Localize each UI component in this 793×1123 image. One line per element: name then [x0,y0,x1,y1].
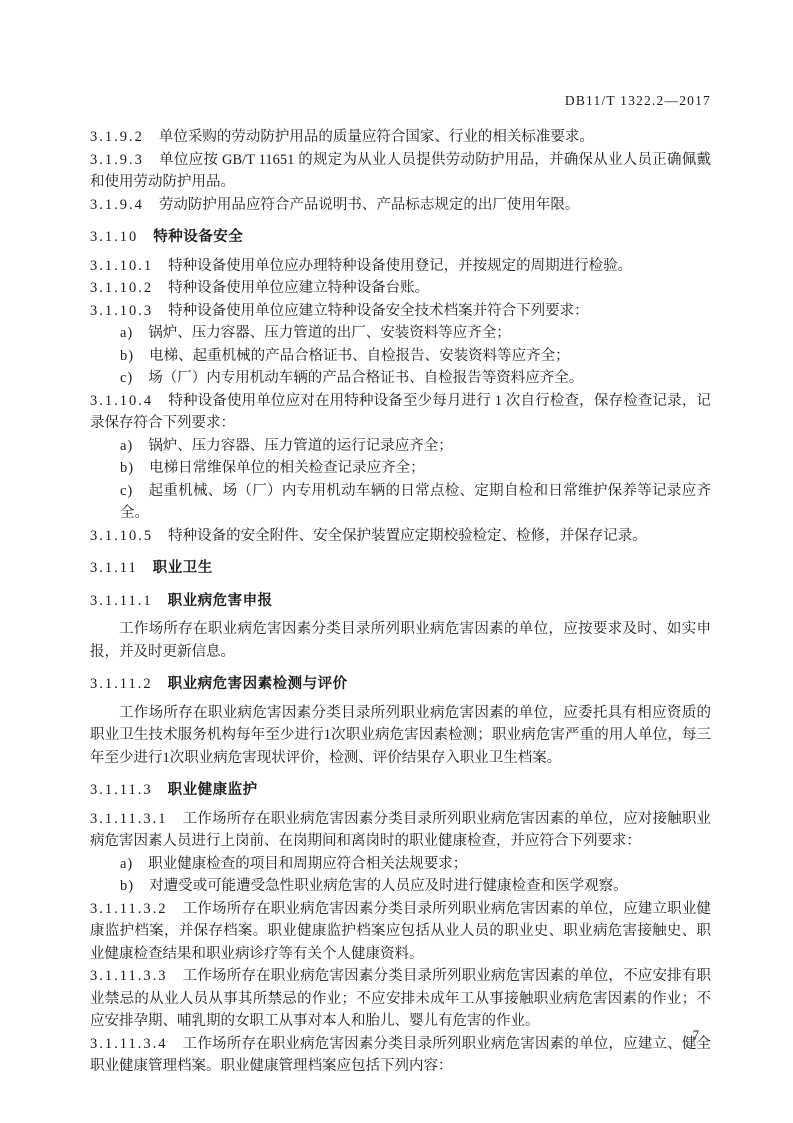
section-heading: 3.1.11.2职业病危害因素检测与评价 [90,673,711,696]
clause-text: 特种设备使用单位应建立特种设备安全技术档案并符合下列要求： [168,303,589,319]
clause-paragraph: 3.1.10.4特种设备使用单位应对在用特种设备至少每月进行 1 次自行检查，保… [90,390,711,435]
clause-number: 3.1.10.4 [90,393,153,409]
clause-text: 特种设备使用单位应对在用特种设备至少每月进行 1 次自行检查，保存检查记录，记录… [90,393,711,432]
clause-text: 单位采购的劳动防护用品的质量应符合国家、行业的相关标准要求。 [159,129,594,145]
list-item-label: a) [120,325,133,341]
clause-text: 工作场所存在职业病危害因素分类目录所列职业病危害因素的单位，不应安排有职业禁忌的… [90,968,711,1029]
list-item-label: c) [120,370,133,386]
clause-number: 3.1.11.3.2 [90,901,167,917]
list-item-label: c) [120,483,133,499]
clause-paragraph: 3.1.10.2特种设备使用单位应建立特种设备台账。 [90,277,711,300]
section-title: 职业卫生 [153,560,213,576]
list-item-text: 锅炉、压力容器、压力管道的运行记录应齐全； [148,438,453,454]
section-title: 职业病危害申报 [168,593,273,609]
list-item: a)锅炉、压力容器、压力管道的运行记录应齐全； [90,435,711,458]
list-item-label: b) [120,460,134,476]
list-item-label: a) [120,856,133,872]
page-number: 7 [693,1028,699,1043]
list-item: b)对遭受或可能遭受急性职业病危害的人员应及时进行健康检查和医学观察。 [90,875,711,898]
paragraph-text: 工作场所存在职业病危害因素分类目录所列职业病危害因素的单位，应按要求及时、如实申… [90,621,711,660]
body-paragraph: 工作场所存在职业病危害因素分类目录所列职业病危害因素的单位，应按要求及时、如实申… [90,618,711,663]
list-item: a)锅炉、压力容器、压力管道的出厂、安装资料等应齐全； [90,322,711,345]
clause-paragraph: 3.1.10.3特种设备使用单位应建立特种设备安全技术档案并符合下列要求： [90,300,711,323]
list-item: a)职业健康检查的项目和周期应符合相关法规要求； [90,853,711,876]
list-item-text: 职业健康检查的项目和周期应符合相关法规要求； [148,856,467,872]
clause-text: 单位应按 GB/T 11651 的规定为从业人员提供劳动防护用品，并确保从业人员… [90,152,711,191]
list-item-label: a) [120,438,133,454]
section-number: 3.1.10 [90,229,138,245]
section-number: 3.1.11 [90,560,138,576]
list-item-text: 起重机械、场（厂）内专用机动车辆的日常点检、定期自检和日常维护保养等记录应齐全。 [120,483,711,522]
list-item-text: 对遭受或可能遭受急性职业病危害的人员应及时进行健康检查和医学观察。 [149,878,628,894]
section-number: 3.1.11.3 [90,782,153,798]
clause-text: 劳动防护用品应符合产品说明书、产品标志规定的出厂使用年限。 [159,197,580,213]
paragraph-text: 工作场所存在职业病危害因素分类目录所列职业病危害因素的单位，应委托具有相应资质的… [90,705,711,766]
list-item-text: 锅炉、压力容器、压力管道的出厂、安装资料等应齐全； [148,325,511,341]
section-number: 3.1.11.2 [90,676,153,692]
document-page: DB11/T 1322.2—2017 3.1.9.2单位采购的劳动防护用品的质量… [0,0,793,1123]
clause-number: 3.1.9.4 [90,197,144,213]
clause-number: 3.1.11.3.1 [90,811,167,827]
clause-number: 3.1.9.2 [90,129,144,145]
section-heading: 3.1.10特种设备安全 [90,226,711,249]
clause-paragraph: 3.1.11.3.2工作场所存在职业病危害因素分类目录所列职业病危害因素的单位，… [90,898,711,966]
clause-paragraph: 3.1.11.3.3工作场所存在职业病危害因素分类目录所列职业病危害因素的单位，… [90,965,711,1033]
list-item-text: 场（厂）内专用机动车辆的产品合格证书、自检报告等资料应齐全。 [148,370,583,386]
list-item: c)起重机械、场（厂）内专用机动车辆的日常点检、定期自检和日常维护保养等记录应齐… [90,480,711,525]
section-heading: 3.1.11职业卫生 [90,557,711,580]
document-body: 3.1.9.2单位采购的劳动防护用品的质量应符合国家、行业的相关标准要求。3.1… [90,126,711,1078]
clause-text: 工作场所存在职业病危害因素分类目录所列职业病危害因素的单位，应对接触职业病危害因… [90,811,711,850]
clause-text: 特种设备使用单位应建立特种设备台账。 [168,280,429,296]
list-item-text: 电梯日常维保单位的相关检查记录应齐全； [149,460,425,476]
document-number-header: DB11/T 1322.2—2017 [90,93,711,109]
clause-paragraph: 3.1.10.5特种设备的安全附件、安全保护装置应定期校验检定、检修，并保存记录… [90,525,711,548]
section-heading: 3.1.11.3职业健康监护 [90,779,711,802]
list-item-text: 电梯、起重机械的产品合格证书、自检报告、安装资料等应齐全； [149,348,570,364]
list-item: b)电梯、起重机械的产品合格证书、自检报告、安装资料等应齐全； [90,345,711,368]
clause-paragraph: 3.1.10.1特种设备使用单位应办理特种设备使用登记，并按规定的周期进行检验。 [90,255,711,278]
clause-text: 特种设备使用单位应办理特种设备使用登记，并按规定的周期进行检验。 [168,258,632,274]
section-number: 3.1.11.1 [90,593,153,609]
list-item-label: b) [120,348,134,364]
list-item-label: b) [120,878,134,894]
section-heading: 3.1.11.1职业病危害申报 [90,590,711,613]
clause-number: 3.1.11.3.4 [90,1036,167,1052]
clause-number: 3.1.10.1 [90,258,153,274]
section-title: 职业健康监护 [168,782,258,798]
list-item: b)电梯日常维保单位的相关检查记录应齐全； [90,457,711,480]
list-item: c)场（厂）内专用机动车辆的产品合格证书、自检报告等资料应齐全。 [90,367,711,390]
clause-text: 特种设备的安全附件、安全保护装置应定期校验检定、检修，并保存记录。 [168,528,647,544]
clause-paragraph: 3.1.11.3.1工作场所存在职业病危害因素分类目录所列职业病危害因素的单位，… [90,808,711,853]
clause-number: 3.1.9.3 [90,152,144,168]
section-title: 职业病危害因素检测与评价 [168,676,348,692]
clause-text: 工作场所存在职业病危害因素分类目录所列职业病危害因素的单位，应建立、健全职业健康… [90,1036,711,1075]
body-paragraph: 工作场所存在职业病危害因素分类目录所列职业病危害因素的单位，应委托具有相应资质的… [90,702,711,770]
clause-text: 工作场所存在职业病危害因素分类目录所列职业病危害因素的单位，应建立职业健康监护档… [90,901,711,962]
page-content: DB11/T 1322.2—2017 3.1.9.2单位采购的劳动防护用品的质量… [90,93,711,1078]
clause-paragraph: 3.1.9.3单位应按 GB/T 11651 的规定为从业人员提供劳动防护用品，… [90,149,711,194]
clause-number: 3.1.10.5 [90,528,153,544]
clause-paragraph: 3.1.9.2单位采购的劳动防护用品的质量应符合国家、行业的相关标准要求。 [90,126,711,149]
clause-number: 3.1.11.3.3 [90,968,167,984]
clause-paragraph: 3.1.11.3.4工作场所存在职业病危害因素分类目录所列职业病危害因素的单位，… [90,1033,711,1078]
section-title: 特种设备安全 [153,229,243,245]
clause-number: 3.1.10.3 [90,303,153,319]
clause-number: 3.1.10.2 [90,280,153,296]
clause-paragraph: 3.1.9.4劳动防护用品应符合产品说明书、产品标志规定的出厂使用年限。 [90,194,711,217]
